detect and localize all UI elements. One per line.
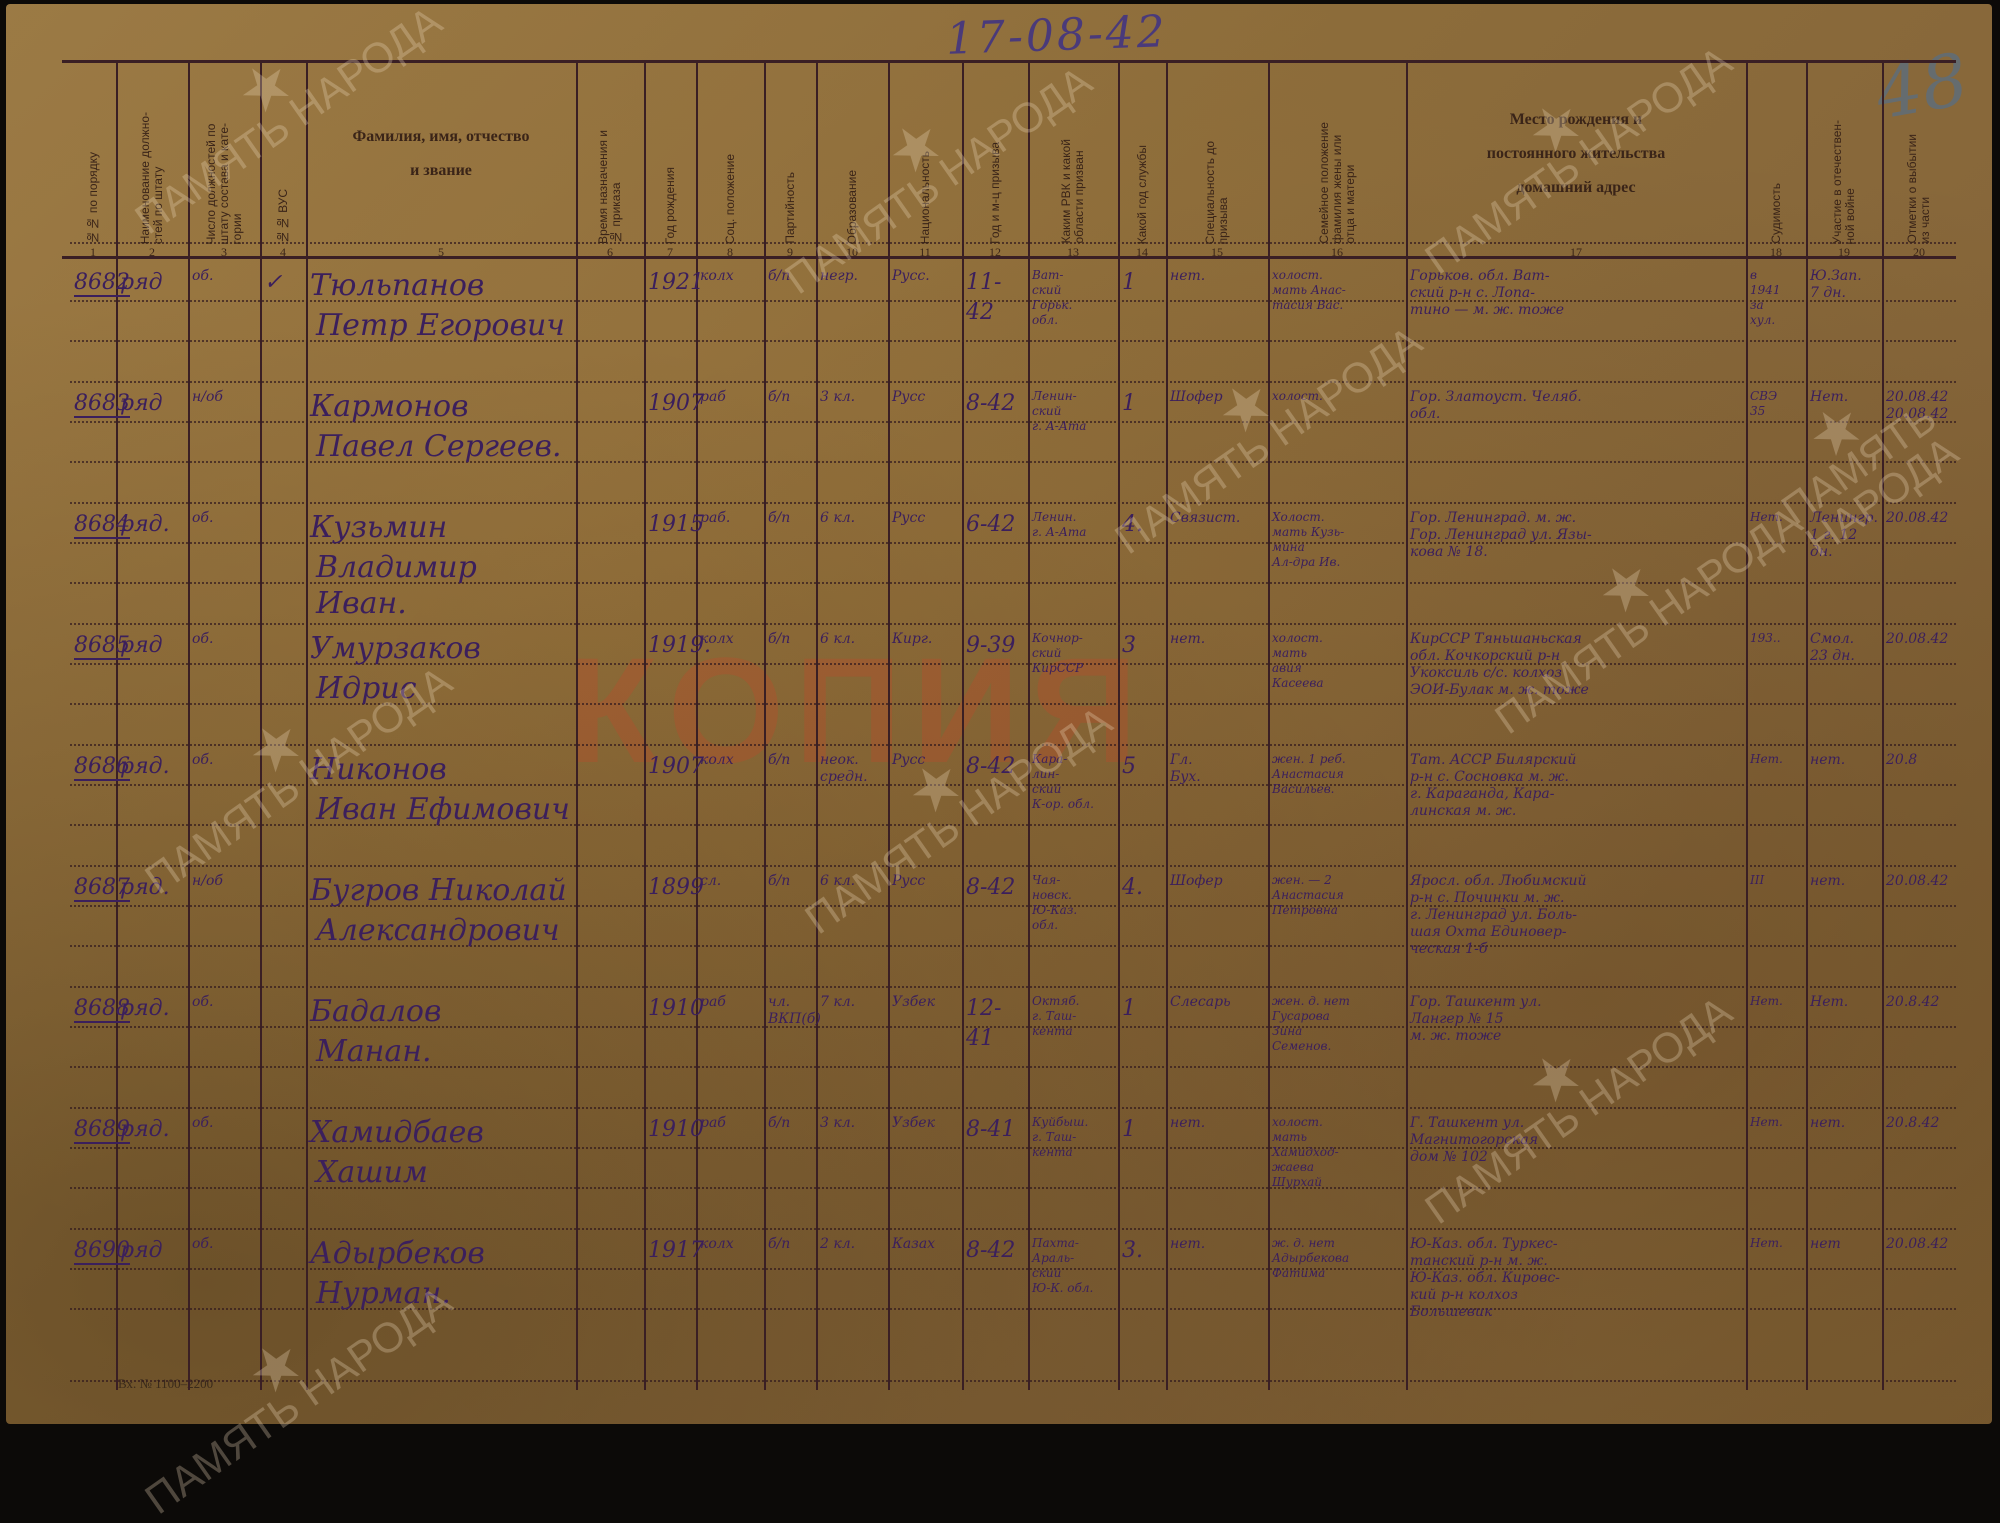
birth-year-cell: 1919. (648, 631, 694, 661)
surname-cell: Хамидбаев (310, 1115, 574, 1151)
war-participation-cell: нет. (1810, 1115, 1880, 1132)
draft-office-cell: Ленин. г. А-Ата (1032, 510, 1116, 540)
service-year-cell: 1 (1122, 994, 1164, 1024)
draft-office-cell: Кочнор- ский КирССР (1032, 631, 1116, 676)
column-header-3: Число должностей по штату состава и кате… (188, 64, 260, 244)
draft-date-cell: 8-42 (966, 389, 1026, 419)
column-header-20: Отметки о выбытии из части (1882, 64, 1956, 244)
education-cell: неок. средн. (820, 752, 886, 786)
row-number-cell: 8690 (74, 1236, 114, 1266)
column-header-14: Какой год службы (1118, 64, 1166, 244)
nationality-cell: Русс (892, 510, 960, 527)
given-name-cell: Петр Егорович (316, 308, 574, 344)
departure-mark-cell: 20.08.42 (1886, 873, 1954, 890)
column-number: 2 (116, 245, 188, 259)
party-cell: б/п (768, 510, 814, 527)
nationality-cell: Русс (892, 873, 960, 890)
service-year-cell: 4. (1122, 510, 1164, 540)
address-cell: Гор. Златоуст. Челяб. обл. (1410, 389, 1744, 423)
column-header-label: Место рождения и постоянного жительства … (1487, 103, 1665, 205)
column-header-label: Каким РВК и какой области призван (1060, 139, 1086, 244)
column-header-label: Отметки о выбытии из части (1906, 134, 1932, 244)
draft-date-cell: 12-41 (966, 994, 1026, 1054)
category-cell: н/об (192, 389, 258, 406)
birth-year-cell: 1910 (648, 994, 694, 1024)
column-header-label: Судимость (1770, 183, 1783, 244)
war-participation-cell: Нет. (1810, 994, 1880, 1011)
birth-year-cell: 1921 (648, 268, 694, 298)
nationality-cell: Казах (892, 1236, 960, 1253)
register-table: №№ по порядку1Наименование должно- стей … (6, 4, 1992, 1424)
birth-year-cell: 1910 (648, 1115, 694, 1145)
column-divider (260, 60, 262, 1390)
party-cell: б/п (768, 1236, 814, 1253)
column-header-2: Наименование должно- стей по штату (116, 64, 188, 244)
column-number: 16 (1268, 245, 1406, 259)
specialty-cell: нет. (1170, 1115, 1266, 1132)
specialty-cell: Шофер (1170, 389, 1266, 406)
column-header-7: Год рождения (644, 64, 696, 244)
nationality-cell: Кирг. (892, 631, 960, 648)
departure-mark-cell: 20.8.42 (1886, 994, 1954, 1011)
family-status-cell: жен. д. нет Гусарова Зина Семенов. (1272, 994, 1404, 1054)
column-number: 4 (260, 245, 306, 259)
given-name-cell: Манан. (316, 1034, 574, 1070)
column-header-label: Фамилия, имя, отчество и звание (353, 120, 530, 188)
education-cell: 6 кл. (820, 631, 886, 648)
rank-cell: ряд. (120, 1115, 186, 1145)
draft-date-cell: 6-42 (966, 510, 1026, 540)
service-year-cell: 3. (1122, 1236, 1164, 1266)
column-number: 14 (1118, 245, 1166, 259)
draft-office-cell: Ват- ский Горьк. обл. (1032, 268, 1116, 328)
vus-cell: ✓ (264, 268, 304, 298)
address-cell: Гор. Ташкент ул. Лангер № 15 м. ж. тоже (1410, 994, 1744, 1045)
address-cell: Горьков. обл. Ват- ский р-н с. Лопа- тин… (1410, 268, 1744, 319)
row-number-cell: 8685 (74, 631, 114, 661)
column-number: 19 (1806, 245, 1882, 259)
column-header-label: Число должностей по штату состава и кате… (205, 123, 244, 244)
given-name-cell: Нурман. (316, 1276, 574, 1312)
specialty-cell: Связист. (1170, 510, 1266, 527)
social-status-cell: раб (700, 994, 762, 1011)
party-cell: чл. ВКП(б) (768, 994, 814, 1028)
category-cell: об. (192, 1236, 258, 1253)
surname-cell: Тюльпанов (310, 268, 574, 304)
category-cell: об. (192, 1115, 258, 1132)
specialty-cell: Гл. Бух. (1170, 752, 1266, 786)
given-name-cell: Александрович (316, 913, 574, 949)
column-number: 12 (962, 245, 1028, 259)
party-cell: б/п (768, 752, 814, 769)
row-number-cell: 8682 (74, 268, 114, 298)
family-status-cell: холост. мать авия Касеева (1272, 631, 1404, 691)
war-participation-cell: Ю.Зап. 7 дн. (1810, 268, 1880, 302)
column-number: 17 (1406, 245, 1746, 259)
row-number-cell: 8684 (74, 510, 114, 540)
column-header-label: Специальность до призыва (1204, 141, 1230, 244)
row-rule (70, 623, 1956, 625)
draft-office-cell: Кара- лин- ский К-ор. обл. (1032, 752, 1116, 812)
rank-cell: ряд (120, 268, 186, 298)
column-header-18: Судимость (1746, 64, 1806, 244)
row-rule (70, 502, 1956, 504)
column-header-11: Национальность (888, 64, 962, 244)
row-rule (70, 986, 1956, 988)
party-cell: б/п (768, 631, 814, 648)
column-header-1: №№ по порядку (70, 64, 116, 244)
war-participation-cell: Нет. (1810, 389, 1880, 406)
row-rule (70, 1228, 1956, 1230)
column-header-10: Образование (816, 64, 888, 244)
category-cell: н/об (192, 873, 258, 890)
category-cell: об. (192, 268, 258, 285)
row-rule (70, 1107, 1956, 1109)
war-participation-cell: нет (1810, 1236, 1880, 1253)
column-divider (816, 60, 818, 1390)
column-header-17: Место рождения и постоянного жительства … (1406, 64, 1746, 244)
category-cell: об. (192, 631, 258, 648)
rank-cell: ряд (120, 1236, 186, 1266)
social-status-cell: колх (700, 268, 762, 285)
conviction-cell: 193.. (1750, 631, 1804, 646)
rank-cell: ряд. (120, 873, 186, 903)
education-cell: 2 кл. (820, 1236, 886, 1253)
draft-date-cell: 11-42 (966, 268, 1026, 328)
surname-cell: Кузьмин (310, 510, 574, 546)
column-divider (1746, 60, 1748, 1390)
birth-year-cell: 1907 (648, 389, 694, 419)
departure-mark-cell: 20.08.42 20.08.42 (1886, 389, 1954, 423)
social-status-cell: раб. (700, 510, 762, 527)
column-divider (1806, 60, 1808, 1390)
address-cell: Тат. АССР Билярский р-н с. Сосновка м. ж… (1410, 752, 1744, 820)
category-cell: об. (192, 994, 258, 1011)
row-number-cell: 8688 (74, 994, 114, 1024)
given-name-cell: Владимир Иван. (316, 550, 574, 622)
column-header-label: №№ ВУС (277, 189, 290, 244)
column-divider (764, 60, 766, 1390)
family-status-cell: Холост. мать Кузь- мина Ал-дра Ив. (1272, 510, 1404, 570)
birth-year-cell: 1915 (648, 510, 694, 540)
column-divider (1166, 60, 1168, 1390)
education-cell: 6 кл. (820, 873, 886, 890)
draft-office-cell: Пахта- Араль- ский Ю-К. обл. (1032, 1236, 1116, 1296)
conviction-cell: III (1750, 873, 1804, 888)
surname-cell: Кармонов (310, 389, 574, 425)
rank-cell: ряд. (120, 752, 186, 782)
party-cell: б/п (768, 268, 814, 285)
conviction-cell: в 1941 за хул. (1750, 268, 1804, 328)
education-cell: 6 кл. (820, 510, 886, 527)
social-status-cell: сл. (700, 873, 762, 890)
row-rule (70, 381, 1956, 383)
category-cell: об. (192, 752, 258, 769)
column-number: 20 (1882, 245, 1956, 259)
draft-date-cell: 8-41 (966, 1115, 1026, 1145)
family-status-cell: жен. 1 реб. Анастасия Васильев. (1272, 752, 1404, 797)
column-divider (1882, 60, 1884, 1390)
rank-cell: ряд. (120, 510, 186, 540)
war-participation-cell: Смол. 23 дн. (1810, 631, 1880, 665)
party-cell: б/п (768, 873, 814, 890)
conviction-cell: Нет. (1750, 752, 1804, 767)
service-year-cell: 1 (1122, 268, 1164, 298)
social-status-cell: раб (700, 389, 762, 406)
birth-year-cell: 1899 (648, 873, 694, 903)
column-header-label: Наименование должно- стей по штату (139, 112, 165, 244)
column-header-16: Семейное положение фамилия жены или отца… (1268, 64, 1406, 244)
given-name-cell: Идрис (316, 671, 574, 707)
given-name-cell: Павел Сергеев. (316, 429, 574, 465)
nationality-cell: Узбек (892, 994, 960, 1011)
address-cell: КирССР Тяньшаньская обл. Кочкорский р-н … (1410, 631, 1744, 699)
column-header-19: Участие в отечествен- ной войне (1806, 64, 1882, 244)
given-name-cell: Иван Ефимович (316, 792, 574, 828)
row-number-cell: 8686 (74, 752, 114, 782)
conviction-cell: Нет. (1750, 1115, 1804, 1130)
surname-cell: Умурзаков (310, 631, 574, 667)
conviction-cell: Нет. (1750, 994, 1804, 1009)
column-number: 7 (644, 245, 696, 259)
specialty-cell: Шофер (1170, 873, 1266, 890)
given-name-cell: Хашим (316, 1155, 574, 1191)
education-cell: негр. (820, 268, 886, 285)
education-cell: 3 кл. (820, 389, 886, 406)
column-number: 8 (696, 245, 764, 259)
conviction-cell: СВЭ 35 (1750, 389, 1804, 419)
education-cell: 7 кл. (820, 994, 886, 1011)
column-header-label: Семейное положение фамилия жены или отца… (1318, 122, 1357, 244)
column-number: 11 (888, 245, 962, 259)
column-number: 5 (306, 245, 576, 259)
nationality-cell: Русс (892, 752, 960, 769)
war-participation-cell: нет. (1810, 752, 1880, 769)
row-number-cell: 8689 (74, 1115, 114, 1145)
departure-mark-cell: 20.8.42 (1886, 1115, 1954, 1132)
row-rule (70, 865, 1956, 867)
departure-mark-cell: 20.08.42 (1886, 510, 1954, 527)
column-header-label: Участие в отечествен- ной войне (1831, 120, 1857, 244)
birth-year-cell: 1907 (648, 752, 694, 782)
column-header-label: Время назначения и № приказа (597, 130, 623, 244)
specialty-cell: нет. (1170, 631, 1266, 648)
family-status-cell: ж. д. нет Адырбекова Фатима (1272, 1236, 1404, 1281)
rank-cell: ряд. (120, 994, 186, 1024)
specialty-cell: нет. (1170, 268, 1266, 285)
column-header-13: Каким РВК и какой области призван (1028, 64, 1118, 244)
column-number: 10 (816, 245, 888, 259)
party-cell: б/п (768, 389, 814, 406)
column-divider (644, 60, 646, 1390)
nationality-cell: Узбек (892, 1115, 960, 1132)
address-cell: Г. Ташкент ул. Магнитогорская дом № 102 (1410, 1115, 1744, 1166)
column-header-label: Национальность (919, 151, 932, 244)
column-number: 15 (1166, 245, 1268, 259)
social-status-cell: колх (700, 752, 762, 769)
column-header-8: Соц. положение (696, 64, 764, 244)
column-number: 6 (576, 245, 644, 259)
family-status-cell: холост. (1272, 389, 1404, 404)
social-status-cell: колх (700, 631, 762, 648)
column-divider (306, 60, 308, 1390)
draft-office-cell: Октяб. г. Таш- кента (1032, 994, 1116, 1039)
category-cell: об. (192, 510, 258, 527)
column-header-label: Партийность (784, 172, 797, 244)
service-year-cell: 3 (1122, 631, 1164, 661)
column-header-label: Соц. положение (724, 154, 737, 244)
rank-cell: ряд (120, 631, 186, 661)
row-rule (70, 1380, 1956, 1382)
column-header-4: №№ ВУС (260, 64, 306, 244)
conviction-cell: Нет. (1750, 1236, 1804, 1251)
family-status-cell: холост. мать Хамидход- жаева Шурхай (1272, 1115, 1404, 1190)
column-divider (696, 60, 698, 1390)
column-number: 3 (188, 245, 260, 259)
draft-date-cell: 8-42 (966, 873, 1026, 903)
family-status-cell: жен. — 2 Анастасия Петровна (1272, 873, 1404, 918)
column-number: 13 (1028, 245, 1118, 259)
column-header-9: Партийность (764, 64, 816, 244)
social-status-cell: колх (700, 1236, 762, 1253)
column-header-15: Специальность до призыва (1166, 64, 1268, 244)
column-divider (1028, 60, 1030, 1390)
column-number: 1 (70, 245, 116, 259)
column-divider (1406, 60, 1408, 1390)
address-cell: Ю-Каз. обл. Туркес- танский р-н м. ж. Ю-… (1410, 1236, 1744, 1321)
column-header-12: Год и м-ц призыва (962, 64, 1028, 244)
nationality-cell: Русс. (892, 268, 960, 285)
column-header-label: №№ по порядку (87, 152, 100, 244)
service-year-cell: 4. (1122, 873, 1164, 903)
column-number: 9 (764, 245, 816, 259)
surname-cell: Никонов (310, 752, 574, 788)
party-cell: б/п (768, 1115, 814, 1132)
column-header-label: Год рождения (664, 167, 677, 244)
draft-office-cell: Ленин- ский г. А-Ата (1032, 389, 1116, 434)
service-year-cell: 5 (1122, 752, 1164, 782)
surname-cell: Адырбеков (310, 1236, 574, 1272)
row-rule (70, 744, 1956, 746)
row-number-cell: 8687 (74, 873, 114, 903)
column-divider (1268, 60, 1270, 1390)
column-header-5: Фамилия, имя, отчество и звание (306, 64, 576, 244)
draft-office-cell: Куйбыш. г. Таш- кента (1032, 1115, 1116, 1160)
social-status-cell: раб (700, 1115, 762, 1132)
rank-cell: ряд (120, 389, 186, 419)
column-divider (116, 60, 118, 1390)
departure-mark-cell: 20.08.42 (1886, 1236, 1954, 1253)
draft-date-cell: 8-42 (966, 1236, 1026, 1266)
column-divider (888, 60, 890, 1390)
column-header-6: Время назначения и № приказа (576, 64, 644, 244)
column-header-label: Год и м-ц призыва (989, 142, 1002, 244)
departure-mark-cell: 20.08.42 (1886, 631, 1954, 648)
column-divider (576, 60, 578, 1390)
war-participation-cell: Ленингр. 1 г. 12 дн. (1810, 510, 1880, 561)
column-header-label: Какой год службы (1136, 145, 1149, 244)
column-divider (962, 60, 964, 1390)
column-divider (1118, 60, 1120, 1390)
specialty-cell: нет. (1170, 1236, 1266, 1253)
specialty-cell: Слесарь (1170, 994, 1266, 1011)
header-top-rule (62, 60, 1956, 63)
service-year-cell: 1 (1122, 389, 1164, 419)
draft-date-cell: 8-42 (966, 752, 1026, 782)
address-cell: Гор. Ленинград. м. ж. Гор. Ленинград ул.… (1410, 510, 1744, 561)
education-cell: 3 кл. (820, 1115, 886, 1132)
column-header-label: Образование (846, 170, 859, 244)
column-number: 18 (1746, 245, 1806, 259)
draft-office-cell: Чая- новск. Ю-Каз. обл. (1032, 873, 1116, 933)
war-participation-cell: нет. (1810, 873, 1880, 890)
document-page: КОПИЯ 17-08-42 48 Вх. № 1100–2200 №№ по … (6, 4, 1992, 1424)
address-cell: Яросл. обл. Любимский р-н с. Починки м. … (1410, 873, 1744, 958)
departure-mark-cell: 20.8 (1886, 752, 1954, 769)
conviction-cell: Нет. (1750, 510, 1804, 525)
draft-date-cell: 9-39 (966, 631, 1026, 661)
family-status-cell: холост. мать Анас- тасия Вас. (1272, 268, 1404, 313)
nationality-cell: Русс (892, 389, 960, 406)
service-year-cell: 1 (1122, 1115, 1164, 1145)
birth-year-cell: 1917 (648, 1236, 694, 1266)
surname-cell: Бугров Николай (310, 873, 574, 909)
column-divider (188, 60, 190, 1390)
row-number-cell: 8683 (74, 389, 114, 419)
surname-cell: Бадалов (310, 994, 574, 1030)
